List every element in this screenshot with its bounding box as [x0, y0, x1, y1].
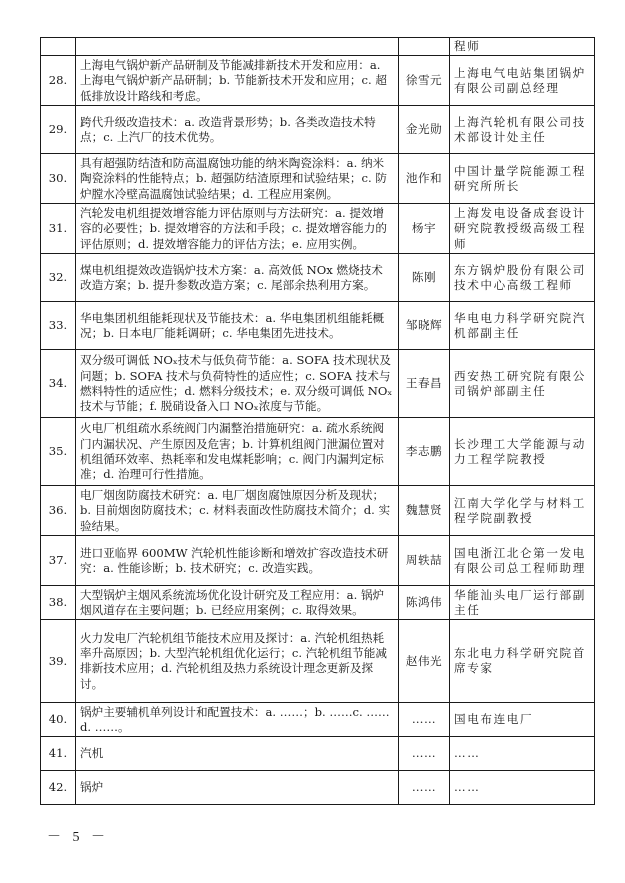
- page-number: － 5 －: [47, 826, 109, 846]
- table-row: 28. 上海电气锅炉新产品研制及节能减排新技术开发和应用：a. 上海电气锅炉新产…: [41, 56, 595, 106]
- row-speaker: 杨宇: [399, 204, 450, 254]
- row-number: 34.: [41, 350, 76, 418]
- row-number: 28.: [41, 56, 76, 106]
- row-speaker: 王春昌: [399, 350, 450, 418]
- row-number: 32.: [41, 254, 76, 302]
- row-organization: 上海电气电站集团锅炉有限公司副总经理: [450, 56, 595, 106]
- row-topic: 火电厂机组疏水系统阀门内漏整治措施研究：a. 疏水系统阀门内漏状况、产生原因及危…: [76, 418, 399, 486]
- row-number: [41, 38, 76, 56]
- table-row: 37. 进口亚临界 600MW 汽轮机性能诊断和增效扩容改造技术研究：a. 性能…: [41, 536, 595, 586]
- row-organization: 程师: [450, 38, 595, 56]
- row-number: 35.: [41, 418, 76, 486]
- row-topic: 电厂烟囱防腐技术研究：a. 电厂烟囱腐蚀原因分析及现状；b. 目前烟囱防腐技术；…: [76, 486, 399, 536]
- table-row: 38. 大型锅炉主烟风系统流场优化设计研究及工程应用：a. 锅炉烟风道存在主要问…: [41, 586, 595, 620]
- row-number: 31.: [41, 204, 76, 254]
- row-topic: 上海电气锅炉新产品研制及节能减排新技术开发和应用：a. 上海电气锅炉新产品研制；…: [76, 56, 399, 106]
- row-organization: 中国计量学院能源工程研究所所长: [450, 154, 595, 204]
- row-topic: 汽轮发电机组提效增容能力评估原则与方法研究：a. 提效增容的必要性；b. 提效增…: [76, 204, 399, 254]
- row-organization: 江南大学化学与材料工程学院副教授: [450, 486, 595, 536]
- table-row: 31. 汽轮发电机组提效增容能力评估原则与方法研究：a. 提效增容的必要性；b.…: [41, 204, 595, 254]
- row-organization: 长沙理工大学能源与动力工程学院教授: [450, 418, 595, 486]
- row-number: 41.: [41, 737, 76, 771]
- row-organization: 西安热工研究院有限公司锅炉部副主任: [450, 350, 595, 418]
- row-topic: 进口亚临界 600MW 汽轮机性能诊断和增效扩容改造技术研究：a. 性能诊断；b…: [76, 536, 399, 586]
- row-speaker: [399, 38, 450, 56]
- row-organization: 国电布连电厂: [450, 703, 595, 737]
- row-topic: 锅炉主要辅机单列设计和配置技术：a. ……；b. ……c. ……d. ……。: [76, 703, 399, 737]
- table-row: 32. 煤电机组提效改造锅炉技术方案：a. 高效低 NOx 燃烧技术改造方案；b…: [41, 254, 595, 302]
- row-number: 38.: [41, 586, 76, 620]
- table-row: 35. 火电厂机组疏水系统阀门内漏整治措施研究：a. 疏水系统阀门内漏状况、产生…: [41, 418, 595, 486]
- row-speaker: 魏慧贤: [399, 486, 450, 536]
- row-number: 30.: [41, 154, 76, 204]
- row-speaker: 赵伟光: [399, 620, 450, 703]
- row-speaker: ……: [399, 703, 450, 737]
- schedule-table: 程师 28. 上海电气锅炉新产品研制及节能减排新技术开发和应用：a. 上海电气锅…: [40, 37, 595, 805]
- row-organization: 上海发电设备成套设计研究院教授级高级工程师: [450, 204, 595, 254]
- row-speaker: 邹晓辉: [399, 302, 450, 350]
- row-number: 42.: [41, 771, 76, 805]
- row-speaker: 李志鹏: [399, 418, 450, 486]
- row-number: 36.: [41, 486, 76, 536]
- row-speaker: 徐雪元: [399, 56, 450, 106]
- row-topic: [76, 38, 399, 56]
- row-organization: 东方锅炉股份有限公司技术中心高级工程师: [450, 254, 595, 302]
- table-row: 39. 火力发电厂汽轮机组节能技术应用及探讨：a. 汽轮机组热耗率升高原因；b.…: [41, 620, 595, 703]
- row-number: 29.: [41, 106, 76, 154]
- row-speaker: 陈刚: [399, 254, 450, 302]
- row-organization: ……: [450, 771, 595, 805]
- row-organization: 华电电力科学研究院汽机部副主任: [450, 302, 595, 350]
- row-number: 39.: [41, 620, 76, 703]
- row-organization: 东北电力科学研究院首席专家: [450, 620, 595, 703]
- row-organization: 华能汕头电厂运行部副主任: [450, 586, 595, 620]
- row-topic: 汽机: [76, 737, 399, 771]
- table-row: 36. 电厂烟囱防腐技术研究：a. 电厂烟囱腐蚀原因分析及现状；b. 目前烟囱防…: [41, 486, 595, 536]
- row-topic: 具有超强防结渣和防高温腐蚀功能的纳米陶瓷涂料：a. 纳米陶瓷涂料的性能特点；b.…: [76, 154, 399, 204]
- table-row: 30. 具有超强防结渣和防高温腐蚀功能的纳米陶瓷涂料：a. 纳米陶瓷涂料的性能特…: [41, 154, 595, 204]
- row-speaker: 陈鸿伟: [399, 586, 450, 620]
- row-organization: ……: [450, 737, 595, 771]
- table-row: 29. 跨代升级改造技术：a. 改造背景形势；b. 各类改造技术特点；c. 上汽…: [41, 106, 595, 154]
- row-organization: 上海汽轮机有限公司技术部设计处主任: [450, 106, 595, 154]
- row-topic: 锅炉: [76, 771, 399, 805]
- row-number: 40.: [41, 703, 76, 737]
- table-row: 42. 锅炉 …… ……: [41, 771, 595, 805]
- row-organization: 国电浙江北仑第一发电有限公司总工程师助理: [450, 536, 595, 586]
- row-speaker: 周轶喆: [399, 536, 450, 586]
- row-speaker: ……: [399, 737, 450, 771]
- row-topic: 跨代升级改造技术：a. 改造背景形势；b. 各类改造技术特点；c. 上汽厂的技术…: [76, 106, 399, 154]
- row-topic: 大型锅炉主烟风系统流场优化设计研究及工程应用：a. 锅炉烟风道存在主要问题；b.…: [76, 586, 399, 620]
- table-row: 41. 汽机 …… ……: [41, 737, 595, 771]
- row-speaker: 金光勋: [399, 106, 450, 154]
- table-row: 33. 华电集团机组能耗现状及节能技术：a. 华电集团机组能耗概况；b. 日本电…: [41, 302, 595, 350]
- row-speaker: 池作和: [399, 154, 450, 204]
- row-topic: 火力发电厂汽轮机组节能技术应用及探讨：a. 汽轮机组热耗率升高原因；b. 大型汽…: [76, 620, 399, 703]
- table-row: 40. 锅炉主要辅机单列设计和配置技术：a. ……；b. ……c. ……d. ……: [41, 703, 595, 737]
- row-number: 33.: [41, 302, 76, 350]
- table-row: 程师: [41, 38, 595, 56]
- row-topic: 煤电机组提效改造锅炉技术方案：a. 高效低 NOx 燃烧技术改造方案；b. 提升…: [76, 254, 399, 302]
- row-topic: 华电集团机组能耗现状及节能技术：a. 华电集团机组能耗概况；b. 日本电厂能耗调…: [76, 302, 399, 350]
- row-topic: 双分级可调低 NOₓ技术与低负荷节能：a. SOFA 技术现状及问题；b. SO…: [76, 350, 399, 418]
- table-row: 34. 双分级可调低 NOₓ技术与低负荷节能：a. SOFA 技术现状及问题；b…: [41, 350, 595, 418]
- row-speaker: ……: [399, 771, 450, 805]
- row-number: 37.: [41, 536, 76, 586]
